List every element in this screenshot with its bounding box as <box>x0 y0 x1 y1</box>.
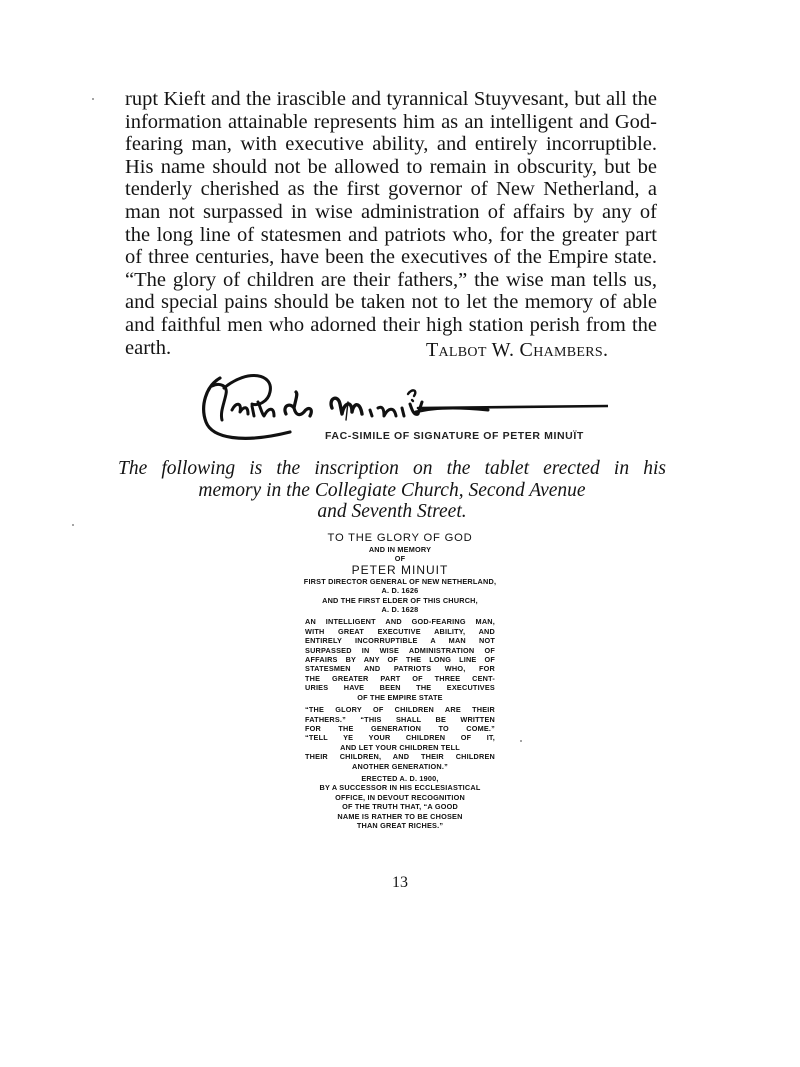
intro-line: and Seventh Street. <box>118 501 666 523</box>
inscription-line: “THE GLORY OF CHILDREN ARE THEIR <box>305 705 495 714</box>
inscription-line: BY A SUCCESSOR IN HIS ECCLESIASTICAL <box>305 783 495 792</box>
inscription-line: “TELL YE YOUR CHILDREN OF IT, <box>305 733 495 742</box>
inscription-line: A. D. 1626 <box>270 586 530 595</box>
inscription-line: THAN GREAT RICHES.” <box>305 821 495 830</box>
inscription-quotes: “THE GLORY OF CHILDREN ARE THEIR FATHERS… <box>305 705 495 771</box>
scan-speck <box>92 98 94 100</box>
body-paragraph: rupt Kieft and the irascible and tyranni… <box>125 88 657 359</box>
inscription-line: THEIR CHILDREN, AND THEIR CHILDREN <box>305 752 495 761</box>
inscription-line: A. D. 1628 <box>270 605 530 614</box>
inscription-line: AND IN MEMORY <box>270 545 530 554</box>
inscription-line: OF THE TRUTH THAT, “A GOOD <box>305 802 495 811</box>
inscription-line: STATESMEN AND PATRIOTS WHO, FOR <box>305 664 495 673</box>
inscription-line: ERECTED A. D. 1900, <box>305 774 495 783</box>
text-line: His name should not be allowed to remain… <box>125 156 657 179</box>
inscription-line: ENTIRELY INCORRUPTIBLE A MAN NOT <box>305 636 495 645</box>
inscription-line: AND THE FIRST ELDER OF THIS CHURCH, <box>270 596 530 605</box>
inscription-line: AND LET YOUR CHILDREN TELL <box>305 743 495 752</box>
author-attribution: Talbot W. Chambers. <box>426 339 608 362</box>
inscription-line: TO THE GLORY OF GOD <box>270 532 530 545</box>
text-line: “The glory of children are their fathers… <box>125 269 657 292</box>
inscription-line: WITH GREAT EXECUTIVE ABILITY, AND <box>305 627 495 636</box>
text-line: fearing man, with executive ability, and… <box>125 133 657 156</box>
text-line: information attainable represents him as… <box>125 111 657 134</box>
text-line: and faithful men who adorned their high … <box>125 314 657 337</box>
inscription-line: FATHERS.” “THIS SHALL BE WRITTEN <box>305 715 495 724</box>
book-page: rupt Kieft and the irascible and tyranni… <box>0 0 800 1067</box>
inscription-line: AFFAIRS BY ANY OF THE LONG LINE OF <box>305 655 495 664</box>
text-line: rupt Kieft and the irascible and tyranni… <box>125 88 657 111</box>
inscription-line: URIES HAVE BEEN THE EXECUTIVES <box>305 683 495 692</box>
signature-caption: FAC-SIMILE OF SIGNATURE OF PETER MINUÏT <box>325 430 584 442</box>
scan-speck <box>72 524 74 526</box>
tablet-inscription: TO THE GLORY OF GOD AND IN MEMORY OF PET… <box>270 532 530 830</box>
text-line: and special pains should be taken not to… <box>125 291 657 314</box>
inscription-line: OFFICE, IN DEVOUT RECOGNITION <box>305 793 495 802</box>
inscription-tribute: AN INTELLIGENT AND GOD-FEARING MAN, WITH… <box>305 617 495 702</box>
intro-line: The following is the inscription on the … <box>118 458 666 480</box>
inscription-name: PETER MINUIT <box>270 564 530 577</box>
text-line: the long line of statesmen and patriots … <box>125 224 657 247</box>
text-line: man not surpassed in wise administration… <box>125 201 657 224</box>
page-number: 13 <box>0 874 800 892</box>
inscription-line: AN INTELLIGENT AND GOD-FEARING MAN, <box>305 617 495 626</box>
inscription-intro: The following is the inscription on the … <box>118 458 666 523</box>
inscription-line: FIRST DIRECTOR GENERAL OF NEW NETHERLAND… <box>270 577 530 586</box>
inscription-line: NAME IS RATHER TO BE CHOSEN <box>305 812 495 821</box>
text-line: tenderly cherished as the first governor… <box>125 178 657 201</box>
inscription-line: SURPASSED IN WISE ADMINISTRATION OF <box>305 646 495 655</box>
inscription-line: FOR THE GENERATION TO COME.” <box>305 724 495 733</box>
text-line: of three centuries, have been the execut… <box>125 246 657 269</box>
scan-speck <box>520 740 522 742</box>
intro-line: memory in the Collegiate Church, Second … <box>118 480 666 502</box>
inscription-line: ANOTHER GENERATION.” <box>305 762 495 771</box>
inscription-dedication: ERECTED A. D. 1900, BY A SUCCESSOR IN HI… <box>305 774 495 830</box>
inscription-line: OF THE EMPIRE STATE <box>305 693 495 702</box>
inscription-line: THE GREATER PART OF THREE CENT- <box>305 674 495 683</box>
